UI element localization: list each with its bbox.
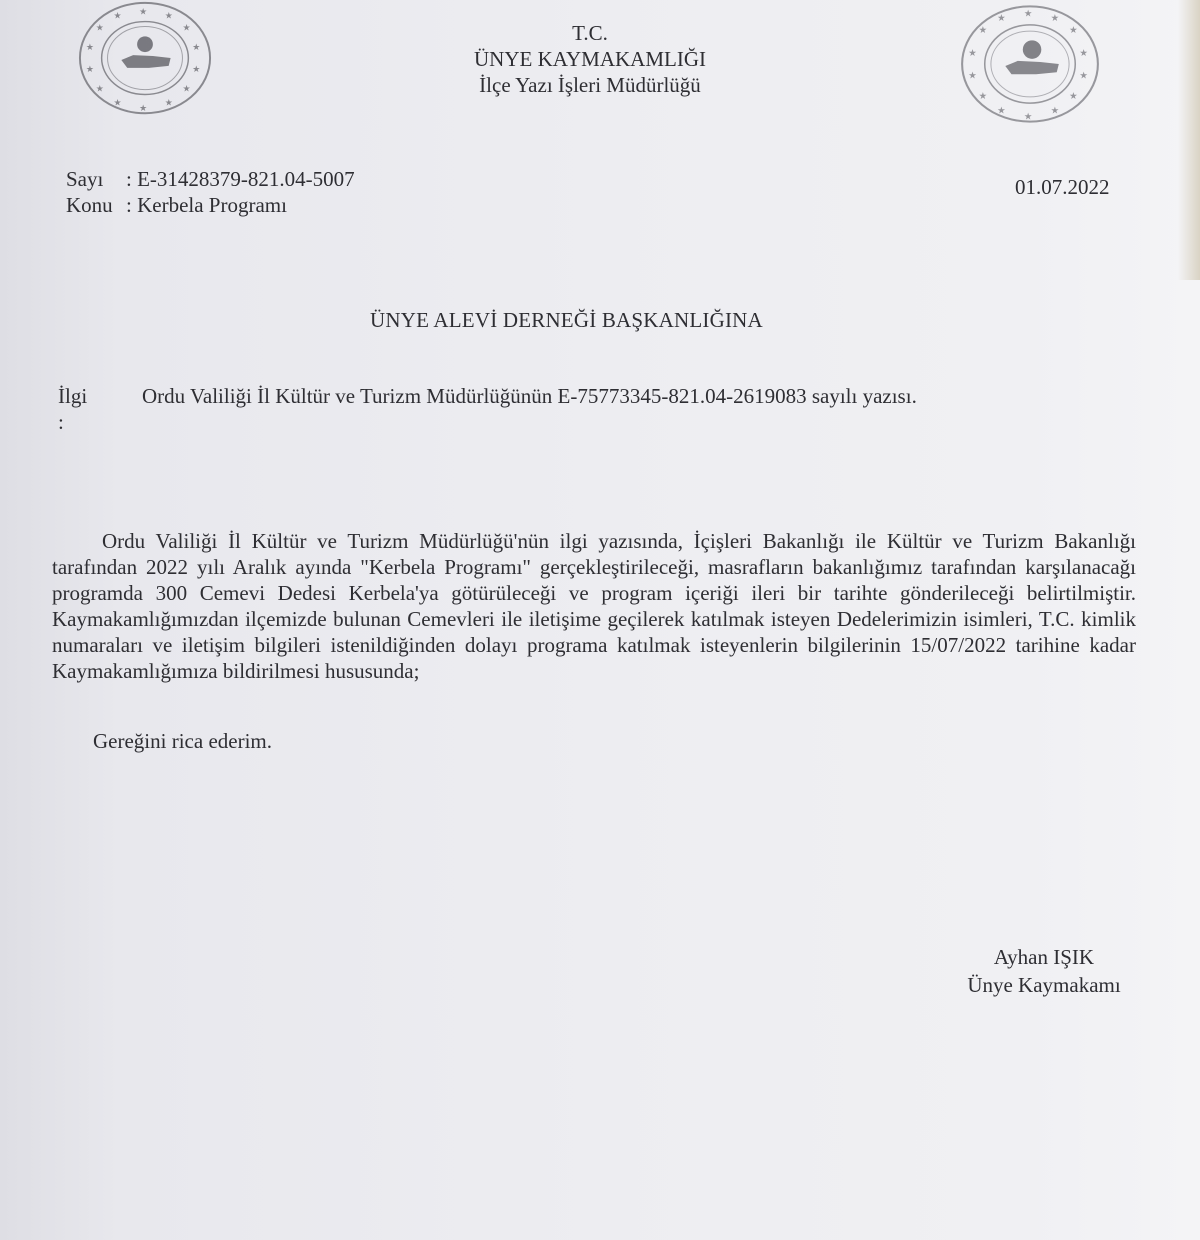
svg-text:★: ★ — [165, 97, 173, 107]
letterhead: T.C. ÜNYE KAYMAKAMLIĞI İlçe Yazı İşleri … — [380, 20, 800, 98]
letterhead-office: ÜNYE KAYMAKAMLIĞI — [380, 46, 800, 72]
unye-kaymakamligi-seal-icon: ★★★ ★★★ ★★★ ★★★ ★★ — [958, 2, 1102, 126]
svg-text:★: ★ — [192, 64, 200, 74]
svg-text:★: ★ — [1051, 106, 1059, 116]
svg-text:★: ★ — [86, 42, 94, 52]
reference-number-value: : E-31428379-821.04-5007 — [126, 167, 355, 191]
subject-value: : Kerbela Programı — [126, 193, 287, 217]
paper-edge — [1178, 0, 1200, 280]
svg-text:★: ★ — [96, 84, 104, 94]
svg-text:★: ★ — [96, 22, 104, 32]
letter-body: Ordu Valiliği İl Kültür ve Turizm Müdürl… — [52, 528, 1136, 684]
reference-text: Ordu Valiliği İl Kültür ve Turizm Müdürl… — [142, 383, 962, 409]
reference-label: İlgi : — [58, 383, 87, 435]
svg-text:★: ★ — [1079, 49, 1087, 59]
svg-text:★: ★ — [113, 97, 121, 107]
document-meta: Sayı: E-31428379-821.04-5007 Konu: Kerbe… — [66, 166, 355, 218]
signatory-name: Ayhan IŞIK — [944, 943, 1144, 971]
document-date: 01.07.2022 — [1015, 175, 1110, 200]
subject-label: Konu — [66, 192, 126, 218]
svg-text:★: ★ — [86, 64, 94, 74]
svg-text:★: ★ — [979, 92, 987, 102]
svg-text:★: ★ — [979, 26, 987, 36]
svg-text:★: ★ — [1079, 71, 1087, 81]
svg-text:★: ★ — [182, 84, 190, 94]
letterhead-tc: T.C. — [380, 20, 800, 46]
reference-number-row: Sayı: E-31428379-821.04-5007 — [66, 166, 355, 192]
letterhead-department: İlçe Yazı İşleri Müdürlüğü — [380, 72, 800, 98]
svg-text:★: ★ — [139, 7, 147, 17]
document-page: ★★★ ★★★ ★★★ ★★★ ★★ ★★★ ★★★ ★★★ ★★★ ★★ T.… — [0, 0, 1200, 1240]
svg-text:★: ★ — [165, 11, 173, 21]
closing-line: Gereğini rica ederim. — [93, 729, 272, 754]
svg-text:★: ★ — [968, 71, 976, 81]
svg-text:★: ★ — [182, 22, 190, 32]
signatory-title: Ünye Kaymakamı — [944, 971, 1144, 999]
svg-text:★: ★ — [1051, 14, 1059, 24]
addressee: ÜNYE ALEVİ DERNEĞİ BAŞKANLIĞINA — [370, 308, 763, 333]
republic-seal-icon: ★★★ ★★★ ★★★ ★★★ ★★ — [76, 0, 214, 120]
svg-text:★: ★ — [997, 106, 1005, 116]
signature-block: Ayhan IŞIK Ünye Kaymakamı — [944, 943, 1144, 999]
svg-text:★: ★ — [113, 11, 121, 21]
svg-text:★: ★ — [1069, 26, 1077, 36]
reference-number-label: Sayı — [66, 166, 126, 192]
svg-text:★: ★ — [139, 103, 147, 113]
svg-text:★: ★ — [1024, 113, 1032, 123]
subject-row: Konu: Kerbela Programı — [66, 192, 355, 218]
svg-text:★: ★ — [1069, 92, 1077, 102]
svg-text:★: ★ — [997, 14, 1005, 24]
svg-text:★: ★ — [1024, 10, 1032, 20]
svg-text:★: ★ — [192, 42, 200, 52]
svg-text:★: ★ — [968, 49, 976, 59]
